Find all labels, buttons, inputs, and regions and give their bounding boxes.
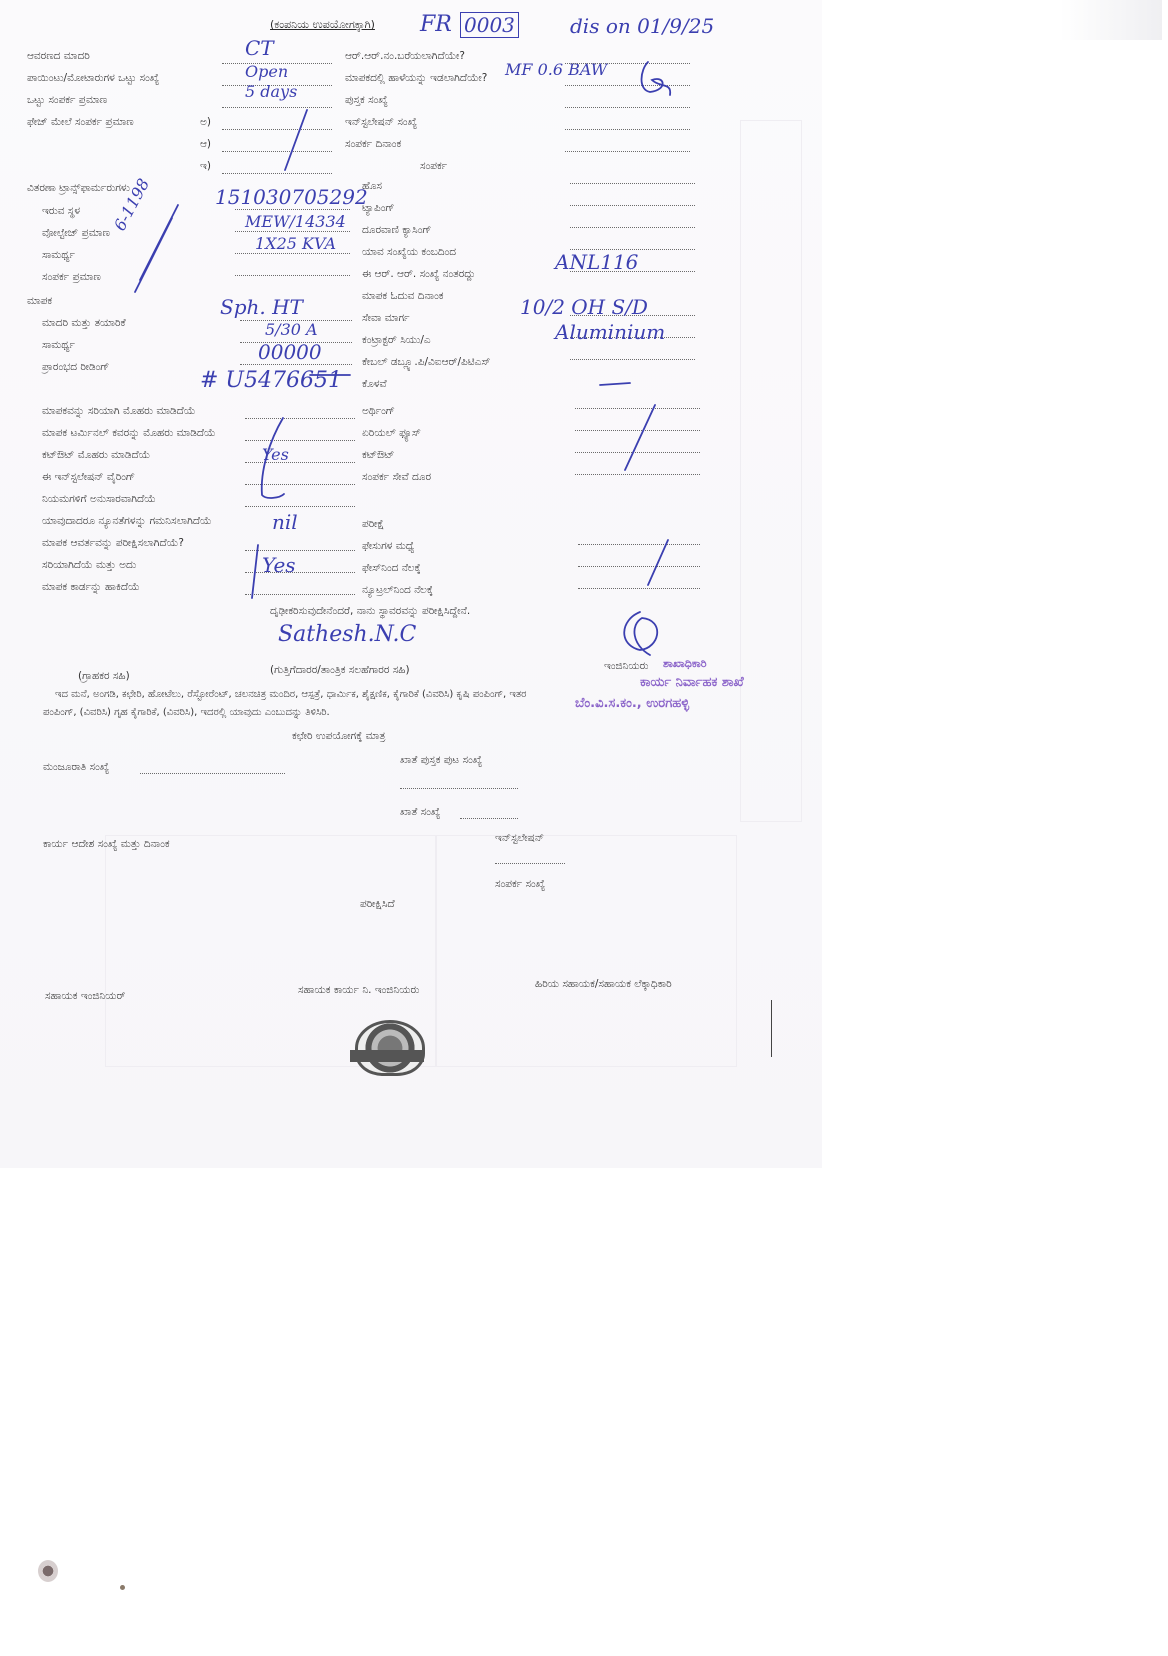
pen-strokes — [0, 0, 1168, 1656]
signature-loop — [642, 62, 671, 95]
engineer-signature — [624, 612, 657, 655]
slash-mark — [285, 110, 307, 170]
scan-artifact — [120, 1585, 125, 1590]
slash-mark — [648, 540, 668, 585]
double-slash-mark — [135, 205, 178, 292]
slash-mark — [625, 405, 655, 470]
scan-artifact — [38, 1560, 58, 1582]
bracket-mark — [252, 545, 258, 598]
underline-stroke — [600, 383, 630, 385]
bracket-mark — [262, 418, 284, 498]
